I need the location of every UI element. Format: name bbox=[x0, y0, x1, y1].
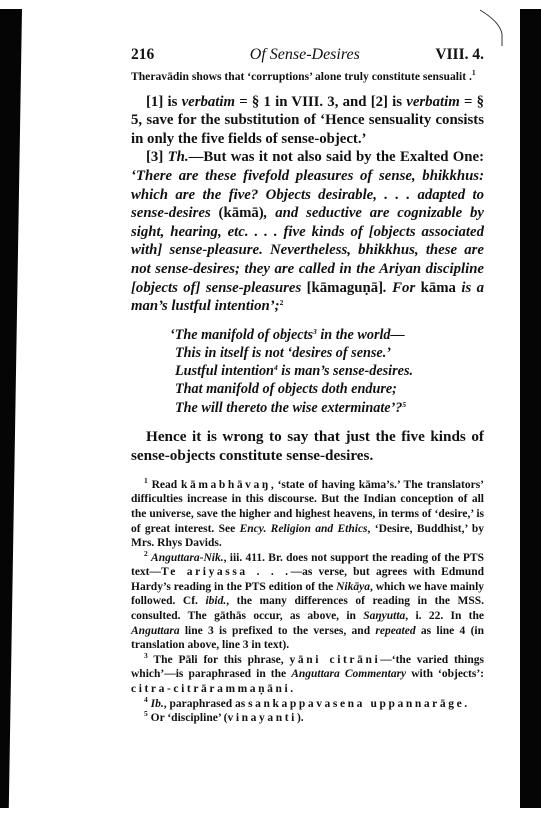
scan-left-edge bbox=[0, 9, 22, 808]
footnote-2: 2 Anguttara-Nik., iii. 411. Br. does not… bbox=[131, 551, 484, 653]
intro-text: Theravādin shows that ‘corruptions’ alon… bbox=[131, 70, 484, 85]
verse-line: Lustful intention4 is man’s sense-desire… bbox=[175, 362, 484, 380]
main-body: [1] is verbatim = § 1 in VIII. 3, and [2… bbox=[131, 93, 484, 316]
verse-line: The will thereto the wise exterminate’?5 bbox=[175, 399, 484, 417]
footnote-1: 1 Read kāmabhāvaŋ, ‘state of having kāma… bbox=[131, 478, 484, 551]
paragraph-1: [1] is verbatim = § 1 in VIII. 3, and [2… bbox=[131, 93, 484, 149]
footnote-4: 4 Ib., paraphrased as sankappavasena upp… bbox=[131, 697, 484, 712]
book-page: 216 Of Sense-Desires VIII. 4. Theravādin… bbox=[131, 46, 484, 726]
verse-line: That manifold of objects doth endure; bbox=[175, 380, 484, 398]
verse-block: ‘The manifold of objects3 in the world— … bbox=[175, 326, 484, 417]
verse-line: ‘The manifold of objects3 in the world— bbox=[175, 326, 484, 344]
conclusion-paragraph: Hence it is wrong to say that just the f… bbox=[131, 427, 484, 466]
section-number: VIII. 4. bbox=[435, 46, 484, 64]
footnote-ref: 2 bbox=[280, 298, 284, 307]
footnote-3: 3 The Pāli for this phrase, yāni citrāni… bbox=[131, 653, 484, 697]
page-number: 216 bbox=[131, 46, 154, 64]
footnote-5: 5 Or ‘discipline’ (vinayanti). bbox=[131, 711, 484, 726]
page-corner-curl bbox=[478, 8, 508, 48]
footnotes: 1 Read kāmabhāvaŋ, ‘state of having kāma… bbox=[131, 478, 484, 726]
paragraph-2: [3] Th.—But was it not also said by the … bbox=[131, 148, 484, 315]
running-title: Of Sense-Desires bbox=[250, 46, 360, 64]
footnote-ref: 1 bbox=[472, 68, 476, 77]
scan-right-edge bbox=[520, 9, 541, 808]
verse-line: This in itself is not ‘desires of sense.… bbox=[175, 344, 484, 362]
page-header: 216 Of Sense-Desires VIII. 4. bbox=[131, 46, 484, 68]
